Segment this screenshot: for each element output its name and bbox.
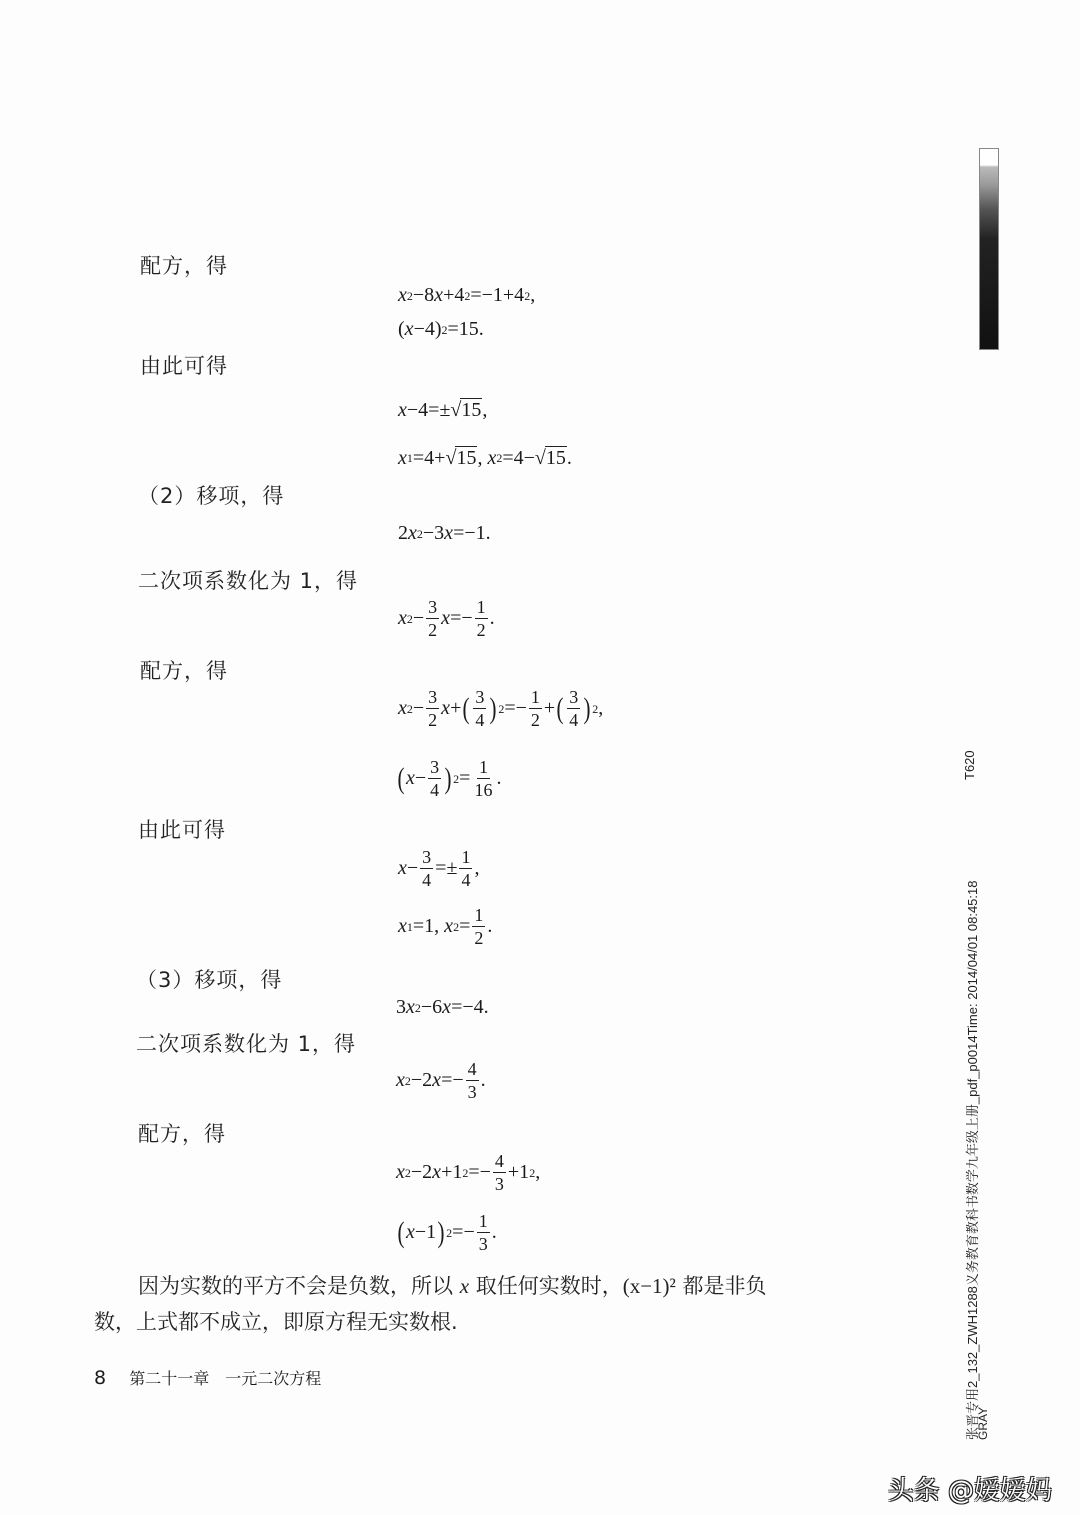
conclusion-var: x — [460, 1274, 469, 1298]
label-normalize-3: 二次项系数化为 1，得 — [136, 1028, 356, 1058]
grayscale-calibration-bar — [979, 148, 999, 350]
margin-scan-info: 张晋专用2_132_ZWH1288义务教育教科书数学九年级上册_pdf_p001… — [962, 881, 981, 1441]
margin-gray-label: GRAY — [976, 1407, 990, 1440]
page-number: 8 — [94, 1367, 106, 1389]
conclusion-paragraph: 因为实数的平方不会是负数，所以 x 取任何实数时，(x−1)² 都是非负 数，上… — [94, 1268, 829, 1340]
equation-e4: x1=4+√15, x2=4−√15. — [398, 446, 572, 470]
equation-e12: x2−2x=−43. — [396, 1060, 486, 1101]
conclusion-text-c: 都是非负 — [676, 1274, 767, 1298]
label-complete-square-1: 配方，得 — [140, 250, 228, 280]
equation-e8: (x−34)2=116. — [396, 758, 501, 799]
equation-e11: 3x2−6x=−4. — [396, 996, 489, 1019]
conclusion-line2: 数，上式都不成立，即原方程无实数根. — [94, 1304, 829, 1340]
label-normalize-2: 二次项系数化为 1，得 — [138, 565, 358, 595]
conclusion-text-a: 因为实数的平方不会是负数，所以 — [138, 1274, 460, 1298]
label-complete-square-2: 配方，得 — [140, 655, 228, 685]
equation-e5: 2x2−3x=−1. — [398, 522, 491, 545]
conclusion-text-b: 取任何实数时， — [469, 1274, 623, 1298]
equation-e10: x1=1, x2=12. — [398, 906, 492, 947]
equation-e13: x2−2x+12=−43+12, — [396, 1152, 540, 1193]
equation-e14: (x−1)2=−13. — [396, 1212, 497, 1253]
equation-e3: x−4=±√15, — [398, 398, 487, 422]
label-complete-square-3: 配方，得 — [138, 1118, 226, 1148]
equation-e9: x−34=±14, — [398, 848, 479, 889]
watermark: 头条 @嫒嫒妈 — [888, 1470, 1052, 1507]
conclusion-expr: (x−1)² — [623, 1274, 676, 1298]
equation-e7: x2−32x+(34)2=−12+(34)2, — [398, 688, 603, 729]
chapter-title: 第二十一章 一元二次方程 — [129, 1369, 321, 1388]
label-hence-1: 由此可得 — [140, 350, 228, 380]
label-part3-transpose: （3）移项，得 — [136, 964, 282, 994]
equation-e1: x2−8x+42=−1+42, — [398, 284, 535, 307]
page-footer: 8 第二十一章 一元二次方程 — [94, 1366, 321, 1389]
label-hence-2: 由此可得 — [138, 814, 226, 844]
label-part2-transpose: （2）移项，得 — [138, 480, 284, 510]
margin-code: T620 — [962, 750, 977, 780]
equation-e2: (x−4)2=15. — [398, 318, 484, 341]
equation-e6: x2−32x=−12. — [398, 598, 495, 639]
